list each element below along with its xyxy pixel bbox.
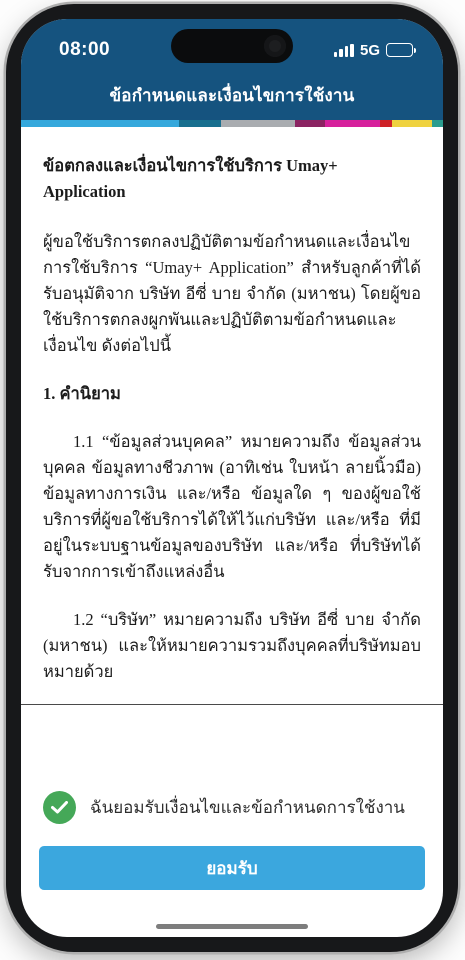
page-title: ข้อกำหนดและเงื่อนไขการใช้งาน <box>109 82 354 109</box>
app-header: 08:00 5G ข้อกำหนดและเงื่อนไขการใช้งาน <box>21 19 443 120</box>
clause-1-2: 1.2 “บริษัท” หมายความถึง บริษัท อีซี่ บา… <box>43 607 421 685</box>
home-indicator[interactable] <box>156 924 308 929</box>
camera-icon <box>264 35 286 57</box>
terms-intro-paragraph: ผู้ขอใช้บริการตกลงปฏิบัติตามข้อกำหนดและเ… <box>43 229 421 359</box>
status-icons: 5G <box>334 42 413 59</box>
checkmark-icon <box>51 801 68 814</box>
network-type-label: 5G <box>360 42 380 59</box>
stripe-segment-cyan <box>21 120 179 127</box>
stripe-segment-gray <box>221 120 295 127</box>
battery-icon <box>386 43 413 57</box>
stripe-segment-red <box>380 120 393 127</box>
dynamic-island <box>171 29 293 63</box>
phone-frame: 08:00 5G ข้อกำหนดและเงื่อนไขการใช้งาน ข้… <box>6 4 458 952</box>
brand-stripe <box>21 120 443 127</box>
stripe-segment-dark-magenta <box>295 120 325 127</box>
consent-checkbox-checked-icon[interactable] <box>43 791 76 824</box>
signal-strength-icon <box>334 44 354 57</box>
stripe-segment-yellow <box>392 120 432 127</box>
stripe-segment-green-teal <box>432 120 443 127</box>
phone-screen: 08:00 5G ข้อกำหนดและเงื่อนไขการใช้งาน ข้… <box>21 19 443 937</box>
status-bar: 08:00 5G <box>21 19 443 71</box>
accept-button[interactable]: ยอมรับ <box>39 846 425 890</box>
clock: 08:00 <box>59 39 110 61</box>
terms-document-scroll-area[interactable]: ข้อตกลงและเงื่อนไขการใช้บริการ Umay+ App… <box>21 127 443 705</box>
consent-row: ฉันยอมรับเงื่อนไขและข้อกำหนดการใช้งาน <box>43 791 421 824</box>
terms-heading: ข้อตกลงและเงื่อนไขการใช้บริการ Umay+ App… <box>43 153 421 205</box>
section-1-heading: 1. คำนิยาม <box>43 381 421 407</box>
consent-label: ฉันยอมรับเงื่อนไขและข้อกำหนดการใช้งาน <box>90 794 405 821</box>
stripe-segment-magenta <box>325 120 380 127</box>
header-title-row: ข้อกำหนดและเงื่อนไขการใช้งาน <box>21 71 443 120</box>
clause-1-1: 1.1 “ข้อมูลส่วนบุคคล” หมายความถึง ข้อมูล… <box>43 429 421 585</box>
stripe-segment-teal <box>179 120 221 127</box>
